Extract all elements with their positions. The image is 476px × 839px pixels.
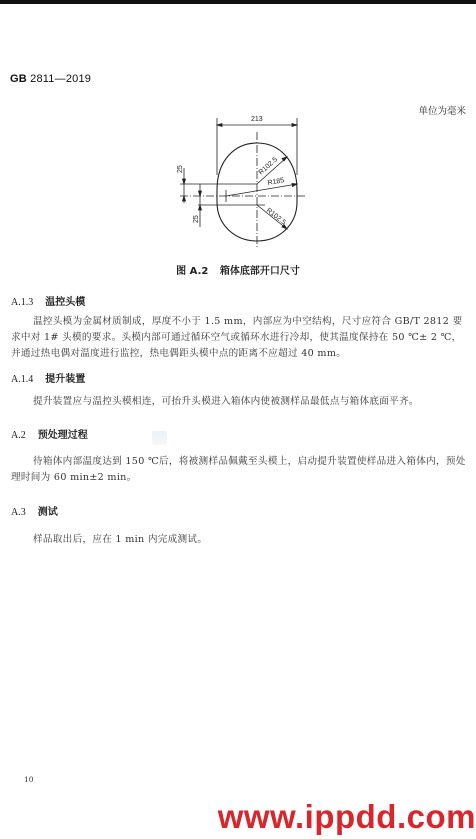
section-heading-a13: A.1.3温控头模	[11, 293, 85, 308]
standard-prefix: GB	[10, 73, 27, 85]
dim-offset-bottom-label: 25	[193, 215, 200, 223]
page-number: 10	[24, 775, 34, 784]
section-heading-a2: A.2预处理过程	[11, 426, 88, 441]
dim-offset-top-label: 25	[177, 165, 184, 173]
dim-radius-main-label: R185	[267, 177, 285, 187]
section-heading-a14: A.1.4提升装置	[11, 370, 85, 385]
section-text-a14: 提升装置应与温控头模相连，可抬升头模进入箱体内使被测样品最低点与箱体底面平齐。	[11, 394, 469, 410]
figure-title: 箱体底部开口尺寸	[220, 266, 300, 277]
unit-note: 单位为毫米	[418, 103, 466, 117]
figure-caption: 图 A.2 箱体底部开口尺寸	[0, 262, 476, 277]
figure-label: 图 A.2	[176, 266, 208, 277]
dim-radius-bottom-label: R102.5	[265, 207, 287, 226]
watermark-link[interactable]: www.ippdd.com	[218, 798, 476, 836]
top-border	[0, 0, 476, 4]
section-text-a3: 样品取出后，应在 1 min 内完成测试。	[11, 532, 469, 548]
standard-number: 2811—2019	[30, 73, 91, 85]
standard-code: GB 2811—2019	[10, 73, 91, 85]
section-text-a2: 待箱体内部温度达到 150 ℃后，将被测样品佩戴至头模上，启动提升装置使样品进入…	[11, 454, 469, 486]
dim-width-label: 213	[251, 116, 263, 123]
opening-dimension-drawing: 213 25 25 R102.5 R185 R102.5	[150, 105, 330, 255]
section-heading-a3: A.3测试	[11, 503, 58, 518]
section-text-a13: 温控头模为金属材质制成，厚度不小于 1.5 mm，内部应为中空结构，尺寸应符合 …	[11, 314, 469, 362]
faint-logo-mark	[152, 431, 167, 445]
